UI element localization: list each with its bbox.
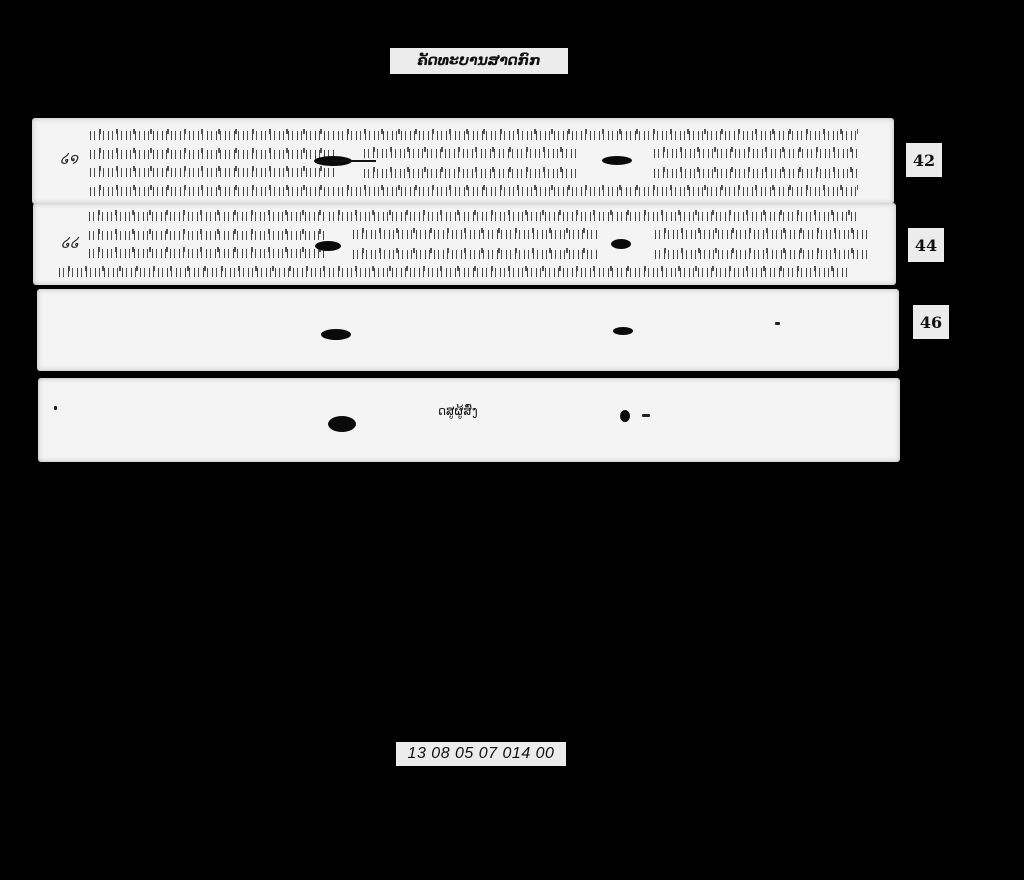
script-line bbox=[362, 166, 576, 180]
leaf-text-block-full-top bbox=[336, 128, 858, 142]
string-hole-icon bbox=[321, 329, 351, 340]
leaf-text-block-left bbox=[88, 128, 336, 198]
script-line bbox=[87, 228, 327, 242]
script-line bbox=[652, 166, 858, 180]
page-number-label: 44 bbox=[908, 228, 944, 262]
leaf-text-block-full-top bbox=[327, 209, 857, 223]
catalog-number-label: 13 08 05 07 014 00 bbox=[396, 742, 566, 766]
palm-leaf-2: ໒໒ bbox=[33, 203, 896, 285]
leaf-text-block-full-bottom bbox=[336, 184, 858, 198]
script-line bbox=[652, 146, 858, 160]
page-number-label: 46 bbox=[913, 305, 949, 339]
string-hole-icon bbox=[620, 410, 630, 422]
script-line bbox=[362, 146, 576, 160]
script-line bbox=[327, 209, 857, 223]
script-line bbox=[351, 247, 597, 261]
ink-speck bbox=[642, 414, 650, 417]
script-line bbox=[88, 128, 336, 142]
script-line bbox=[88, 184, 336, 198]
leaf-margin-number: ໒໑ bbox=[60, 151, 78, 167]
script-line bbox=[653, 247, 867, 261]
ink-speck bbox=[54, 406, 57, 410]
page-number-label: 42 bbox=[906, 143, 942, 177]
leaf-text-block-middle bbox=[362, 146, 576, 180]
string-hole-icon bbox=[611, 239, 631, 249]
leaf-text-block-full-bottom bbox=[327, 265, 847, 279]
script-line bbox=[88, 147, 336, 161]
palm-leaf-3 bbox=[37, 289, 899, 371]
script-line bbox=[336, 184, 858, 198]
string-hole-icon bbox=[613, 327, 633, 335]
string-hole-icon bbox=[315, 241, 341, 251]
script-line bbox=[351, 227, 597, 241]
script-line bbox=[57, 265, 327, 279]
script-line bbox=[88, 165, 336, 179]
script-line bbox=[87, 209, 327, 223]
palm-leaf-1: ໒໑ bbox=[32, 118, 894, 204]
manuscript-title-label: ຄັດທະບານສາດກົກ bbox=[390, 48, 568, 74]
ink-speck bbox=[775, 322, 780, 325]
string-line bbox=[332, 160, 376, 162]
script-line bbox=[327, 265, 847, 279]
palm-leaf-4: ດສູຜູ້ສົ່ງ bbox=[38, 378, 900, 462]
string-hole-icon bbox=[602, 156, 632, 165]
leaf-text-block-right bbox=[653, 227, 867, 261]
leaf-text-block-left bbox=[57, 209, 327, 279]
script-line bbox=[653, 227, 867, 241]
leaf-text-block-right bbox=[652, 146, 858, 180]
leaf-inscription: ດສູຜູ້ສົ່ງ bbox=[438, 404, 478, 418]
script-line bbox=[87, 246, 327, 260]
script-line bbox=[336, 128, 858, 142]
leaf-text-block-middle bbox=[351, 227, 597, 261]
string-hole-icon bbox=[328, 416, 356, 432]
